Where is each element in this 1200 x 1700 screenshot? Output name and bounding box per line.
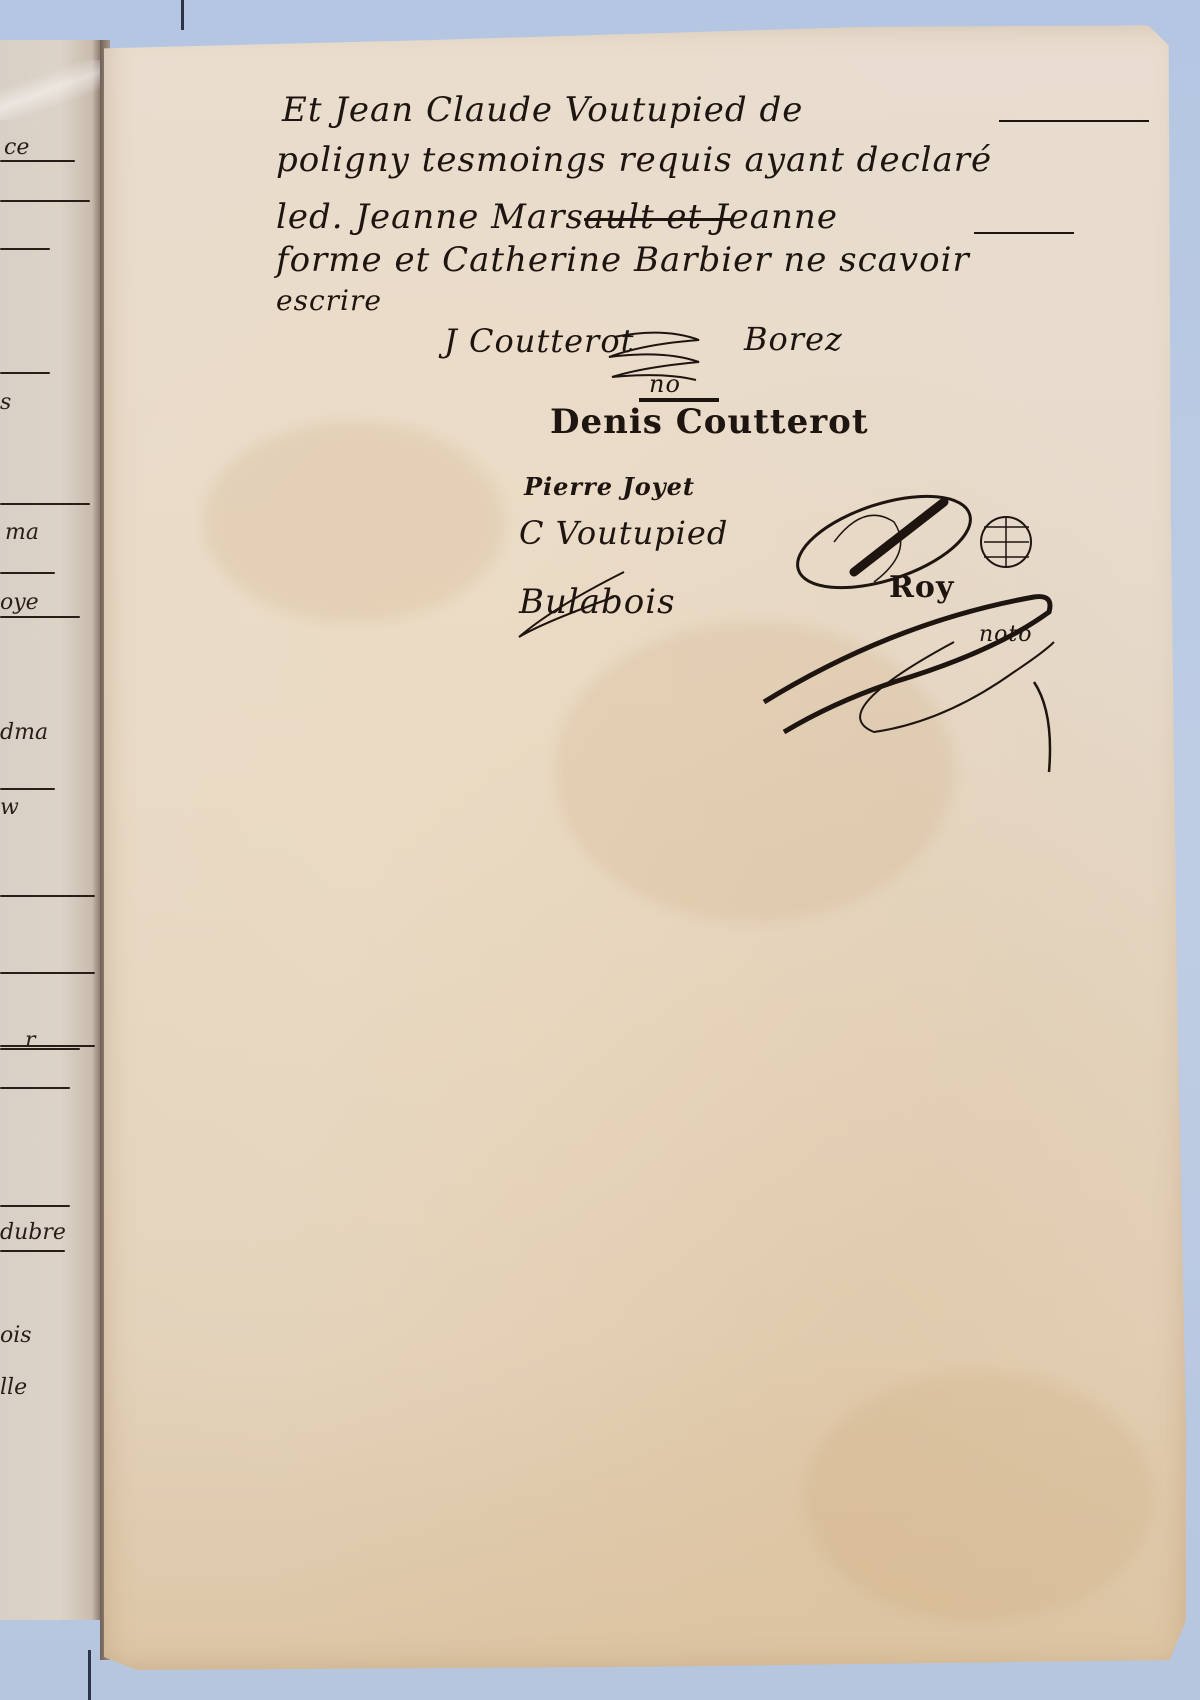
left-rule — [0, 372, 50, 374]
signature-j-coutterot: J Coutterot — [444, 322, 634, 360]
signature-c-voutupied: C Voutupied — [519, 514, 728, 552]
left-rule — [0, 972, 95, 974]
signature-borez: Borez — [744, 320, 843, 358]
left-rule — [0, 616, 80, 618]
text-line-3: led. Jeanne Marsault et Jeanne — [276, 197, 838, 237]
light-glare — [0, 60, 100, 120]
text-line-5: escrire — [276, 284, 382, 317]
signature-denis-coutterot: Denis Coutterot — [550, 402, 869, 442]
text-line-4: forme et Catherine Barbier ne scavoir — [276, 240, 970, 280]
left-fragment-text: ce — [4, 135, 29, 160]
line-trail — [999, 120, 1149, 122]
left-rule — [0, 788, 55, 790]
left-rule — [0, 1045, 95, 1047]
left-rule — [0, 895, 95, 897]
left-rule — [0, 248, 50, 250]
left-fragment-text: ois — [0, 1323, 32, 1348]
paper-stain — [204, 422, 504, 622]
left-fragment-text: ma — [5, 520, 39, 545]
line-trail — [974, 232, 1074, 234]
left-fragment-text: dubre — [0, 1220, 66, 1245]
text-line-1: Et Jean Claude Voutupied de — [282, 90, 803, 130]
left-fragment-text: s — [0, 390, 11, 415]
left-rule — [0, 1087, 70, 1089]
left-fragment-text: dma — [0, 720, 48, 745]
left-page-fragment: ce s ma oye dma w r dubre ois lle — [0, 40, 102, 1620]
left-rule — [0, 160, 75, 162]
strikethrough-marsault — [584, 218, 734, 221]
left-rule — [0, 572, 55, 574]
manuscript-page: Et Jean Claude Voutupied de poligny tesm… — [104, 22, 1186, 1670]
notary-suffix-noto: noto — [979, 622, 1033, 647]
photo-scene: ce s ma oye dma w r dubre ois lle Et Jea… — [0, 0, 1200, 1700]
left-rule — [0, 503, 90, 505]
paper-stain — [804, 1372, 1154, 1622]
left-fragment-text: oye — [0, 590, 39, 615]
paper-stain — [554, 622, 954, 922]
left-rule — [0, 1048, 80, 1050]
pencil-mark-bottom — [88, 1650, 91, 1700]
left-fragment-text: w — [0, 795, 19, 820]
pencil-mark-top — [181, 0, 184, 30]
text-line-2: poligny tesmoings requis ayant declaré — [276, 140, 992, 180]
left-rule — [0, 200, 90, 202]
notary-mark-no: no — [649, 370, 681, 398]
left-rule — [0, 1205, 70, 1207]
signature-bulabois: Bulabois — [519, 582, 676, 622]
left-rule — [0, 1250, 65, 1252]
left-fragment-text: lle — [0, 1375, 27, 1400]
signature-pierre-joyet: Pierre Joyet — [524, 472, 695, 501]
signature-roy: Roy — [889, 570, 954, 605]
